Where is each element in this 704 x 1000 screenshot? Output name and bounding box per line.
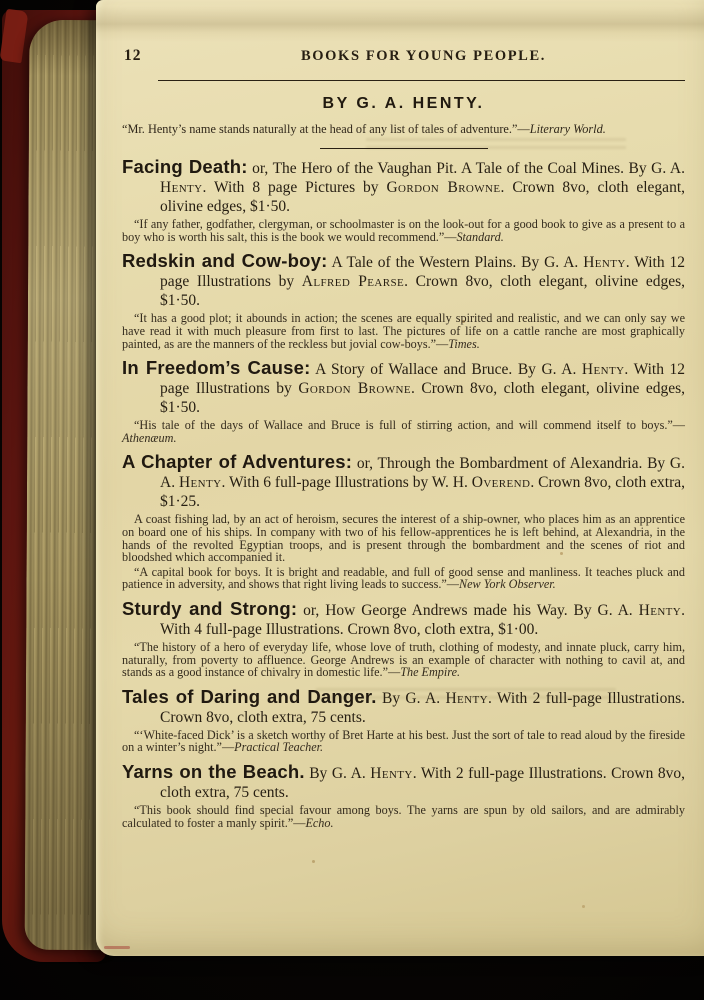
text-run: By G. A.: [305, 765, 371, 782]
divider-rule: [320, 148, 488, 149]
review-source: The Empire.: [400, 665, 460, 679]
catalog-entry: Facing Death: or, The Hero of the Vaugha…: [122, 157, 685, 243]
text-run: “Mr. Henty’s name stands naturally at th…: [122, 122, 530, 136]
person-name: Henty: [370, 765, 413, 782]
section-title: BY G. A. HENTY.: [122, 94, 685, 114]
catalog-entry: Sturdy and Strong: or, How George Andrew…: [122, 599, 685, 679]
person-name: Henty: [445, 690, 488, 707]
person-name: Henty: [179, 474, 222, 491]
person-name: Henty: [160, 179, 203, 196]
person-name: Gordon Browne: [298, 380, 411, 397]
text-run: “If any father, godfather, clergyman, or…: [122, 217, 685, 244]
text-run: A Tale of the Western Plains. By G. A.: [327, 254, 583, 271]
entry-review-quote: “‘White-faced Dick’ is a sketch worthy o…: [122, 729, 685, 754]
entry-description: A coast fishing lad, by an act of herois…: [122, 513, 685, 563]
review-source: Standard.: [456, 230, 503, 244]
text-run: “This book should find special favour am…: [122, 803, 685, 830]
person-name: Henty: [583, 254, 626, 271]
entry-heading: Yarns on the Beach. By G. A. Henty. With…: [122, 762, 685, 802]
catalog-entry: In Freedom’s Cause: A Story of Wallace a…: [122, 358, 685, 444]
entry-heading: Facing Death: or, The Hero of the Vaugha…: [122, 157, 685, 216]
review-source: Times.: [448, 337, 480, 351]
book-title: Yarns on the Beach.: [122, 761, 305, 782]
entry-review-quote: “This book should find special favour am…: [122, 804, 685, 829]
person-name: Alfred Pearse: [302, 273, 404, 290]
catalog-entry: Yarns on the Beach. By G. A. Henty. With…: [122, 762, 685, 829]
entry-review-quote: “A capital book for boys. It is bright a…: [122, 566, 685, 591]
edge-stain: [104, 946, 130, 949]
entry-heading: In Freedom’s Cause: A Story of Wallace a…: [122, 358, 685, 417]
text-run: . With 8 page Pictures by: [203, 179, 387, 196]
text-run: By G. A.: [377, 690, 446, 707]
review-source: Practical Teacher.: [234, 740, 323, 754]
person-name: Henty: [639, 602, 682, 619]
book-title: Sturdy and Strong:: [122, 598, 297, 619]
entry-review-quote: “The history of a hero of everyday life,…: [122, 641, 685, 679]
entry-heading: A Chapter of Adventures: or, Through the…: [122, 452, 685, 511]
text-run: “‘White-faced Dick’ is a sketch worthy o…: [122, 728, 685, 755]
review-source: Athenæum.: [122, 431, 177, 445]
section-intro-quote: “Mr. Henty’s name stands naturally at th…: [122, 122, 685, 136]
book-title: Tales of Daring and Danger.: [122, 686, 377, 707]
text-run: “His tale of the days of Wallace and Bru…: [134, 418, 685, 432]
running-header: BOOKS FOR YOUNG PEOPLE.: [122, 46, 685, 66]
book-title: Redskin and Cow-boy:: [122, 250, 327, 271]
catalog-entry: Tales of Daring and Danger. By G. A. Hen…: [122, 687, 685, 754]
page-content: 12 BOOKS FOR YOUNG PEOPLE. BY G. A. HENT…: [122, 46, 685, 829]
text-run: or, How George Andrews made his Way. By …: [297, 602, 638, 619]
review-source: Literary World.: [530, 122, 606, 136]
review-source: Echo.: [305, 816, 333, 830]
header-rule: [158, 80, 685, 81]
review-source: New York Observer.: [459, 577, 556, 591]
text-run: A coast fishing lad, by an act of herois…: [122, 512, 685, 564]
page-header: 12 BOOKS FOR YOUNG PEOPLE.: [122, 46, 685, 66]
page-number: 12: [124, 46, 142, 66]
entry-heading: Redskin and Cow-boy: A Tale of the Weste…: [122, 251, 685, 310]
text-run: “A capital book for boys. It is bright a…: [122, 565, 685, 592]
entry-review-quote: “If any father, godfather, clergyman, or…: [122, 218, 685, 243]
entry-heading: Tales of Daring and Danger. By G. A. Hen…: [122, 687, 685, 727]
person-name: Henty: [582, 361, 625, 378]
entry-review-quote: “It has a good plot; it abounds in actio…: [122, 312, 685, 350]
text-run: or, The Hero of the Vaughan Pit. A Tale …: [248, 160, 685, 177]
person-name: Gordon Browne: [386, 179, 500, 196]
book-page: 12 BOOKS FOR YOUNG PEOPLE. BY G. A. HENT…: [96, 0, 704, 956]
person-name: Overend: [472, 474, 531, 491]
text-run: “It has a good plot; it abounds in actio…: [122, 311, 685, 350]
entry-review-quote: “His tale of the days of Wallace and Bru…: [122, 419, 685, 444]
catalog-entries: Facing Death: or, The Hero of the Vaugha…: [122, 157, 685, 829]
catalog-entry: A Chapter of Adventures: or, Through the…: [122, 452, 685, 591]
text-run: . With 6 full-page Illustrations by W. H…: [222, 474, 472, 491]
book-title: A Chapter of Adventures:: [122, 451, 352, 472]
book-title: Facing Death:: [122, 156, 248, 177]
entry-heading: Sturdy and Strong: or, How George Andrew…: [122, 599, 685, 639]
catalog-entry: Redskin and Cow-boy: A Tale of the Weste…: [122, 251, 685, 350]
text-run: A Story of Wallace and Bruce. By G. A.: [310, 361, 581, 378]
book-title: In Freedom’s Cause:: [122, 357, 310, 378]
